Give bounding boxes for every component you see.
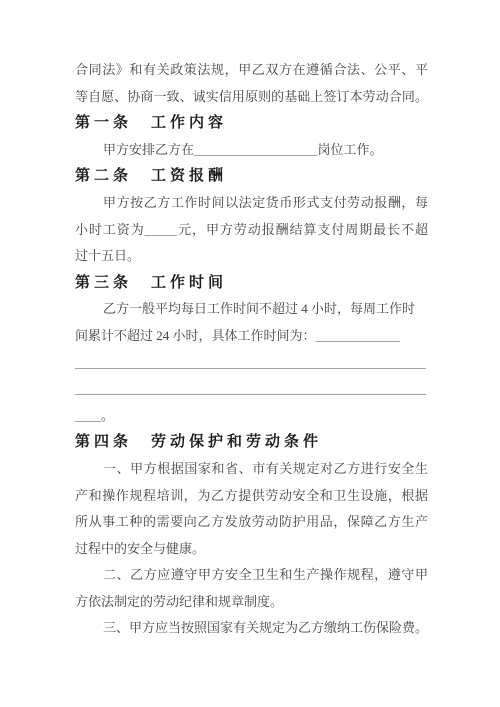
- paragraph-line: 乙方一般平均每日工作时间不超过 4 小时，每周工作时: [75, 296, 428, 323]
- paragraph-line: 二、乙方应遵守甲方安全卫生和生产操作规程，遵守甲: [75, 562, 428, 589]
- paragraph-line: 甲方按乙方工作时间以法定货币形式支付劳动报酬，每: [75, 190, 428, 217]
- paragraph-line: 所从事工种的需要向乙方发放劳动防护用品，保障乙方生产: [75, 509, 428, 536]
- paragraph-line-with-blank: 甲方安排乙方在___________________岗位工作。: [75, 137, 428, 164]
- paragraph-line-with-blank: 间累计不超过 24 小时，具体工作时间为：_____________: [75, 323, 428, 350]
- line-text: 间累计不超过 24 小时，具体工作时间为：: [75, 328, 316, 343]
- paragraph-line: 过程中的安全与健康。: [75, 536, 428, 563]
- fill-in-blank: ________________________________________…: [75, 355, 426, 370]
- section-heading-article-1: 第一条 工作内容: [75, 110, 428, 137]
- paragraph-line: 三、甲方应当按照国家有关规定为乙方缴纳工伤保险费。: [75, 615, 428, 642]
- contract-document-page: 合同法》和有关政策法规，甲乙双方在遵循合法、公平、平 等自愿、协商一致、诚实信用…: [0, 0, 500, 707]
- fill-in-blank: _____________: [316, 328, 401, 343]
- line-text: 小时工资为: [75, 222, 145, 237]
- blank-fill-line: ________________________________________…: [75, 376, 428, 403]
- line-text: 元，甲方劳动报酬结算支付周期最长不超: [177, 222, 428, 237]
- paragraph-line: 合同法》和有关政策法规，甲乙双方在遵循合法、公平、平: [75, 57, 428, 84]
- line-text: 岗位工作。: [318, 142, 383, 157]
- paragraph-line: 等自愿、协商一致、诚实信用原则的基础上签订本劳动合同。: [75, 84, 428, 111]
- paragraph-line: 方依法制定的劳动纪律和规章制度。: [75, 589, 428, 616]
- paragraph-line: 产和操作规程培训，为乙方提供劳动安全和卫生设施，根据: [75, 483, 428, 510]
- line-text: 。: [101, 408, 114, 423]
- blank-fill-line: ________________________________________…: [75, 350, 428, 377]
- document-text-block: 合同法》和有关政策法规，甲乙双方在遵循合法、公平、平 等自愿、协商一致、诚实信用…: [75, 57, 428, 642]
- paragraph-line: 过十五日。: [75, 243, 428, 270]
- section-heading-article-4: 第四条 劳动保护和劳动条件: [75, 429, 428, 456]
- fill-in-blank: ____: [75, 408, 101, 423]
- line-text: 甲方安排乙方在: [103, 142, 194, 157]
- fill-in-blank: ___________________: [194, 142, 318, 157]
- fill-in-blank: _____: [145, 222, 178, 237]
- blank-fill-line-end: ____。: [75, 403, 428, 430]
- section-heading-article-2: 第二条 工资报酬: [75, 163, 428, 190]
- fill-in-blank: ________________________________________…: [75, 381, 426, 396]
- paragraph-line-with-blank: 小时工资为_____元，甲方劳动报酬结算支付周期最长不超: [75, 217, 428, 244]
- paragraph-line: 一、甲方根据国家和省、市有关规定对乙方进行安全生: [75, 456, 428, 483]
- section-heading-article-3: 第三条 工作时间: [75, 270, 428, 297]
